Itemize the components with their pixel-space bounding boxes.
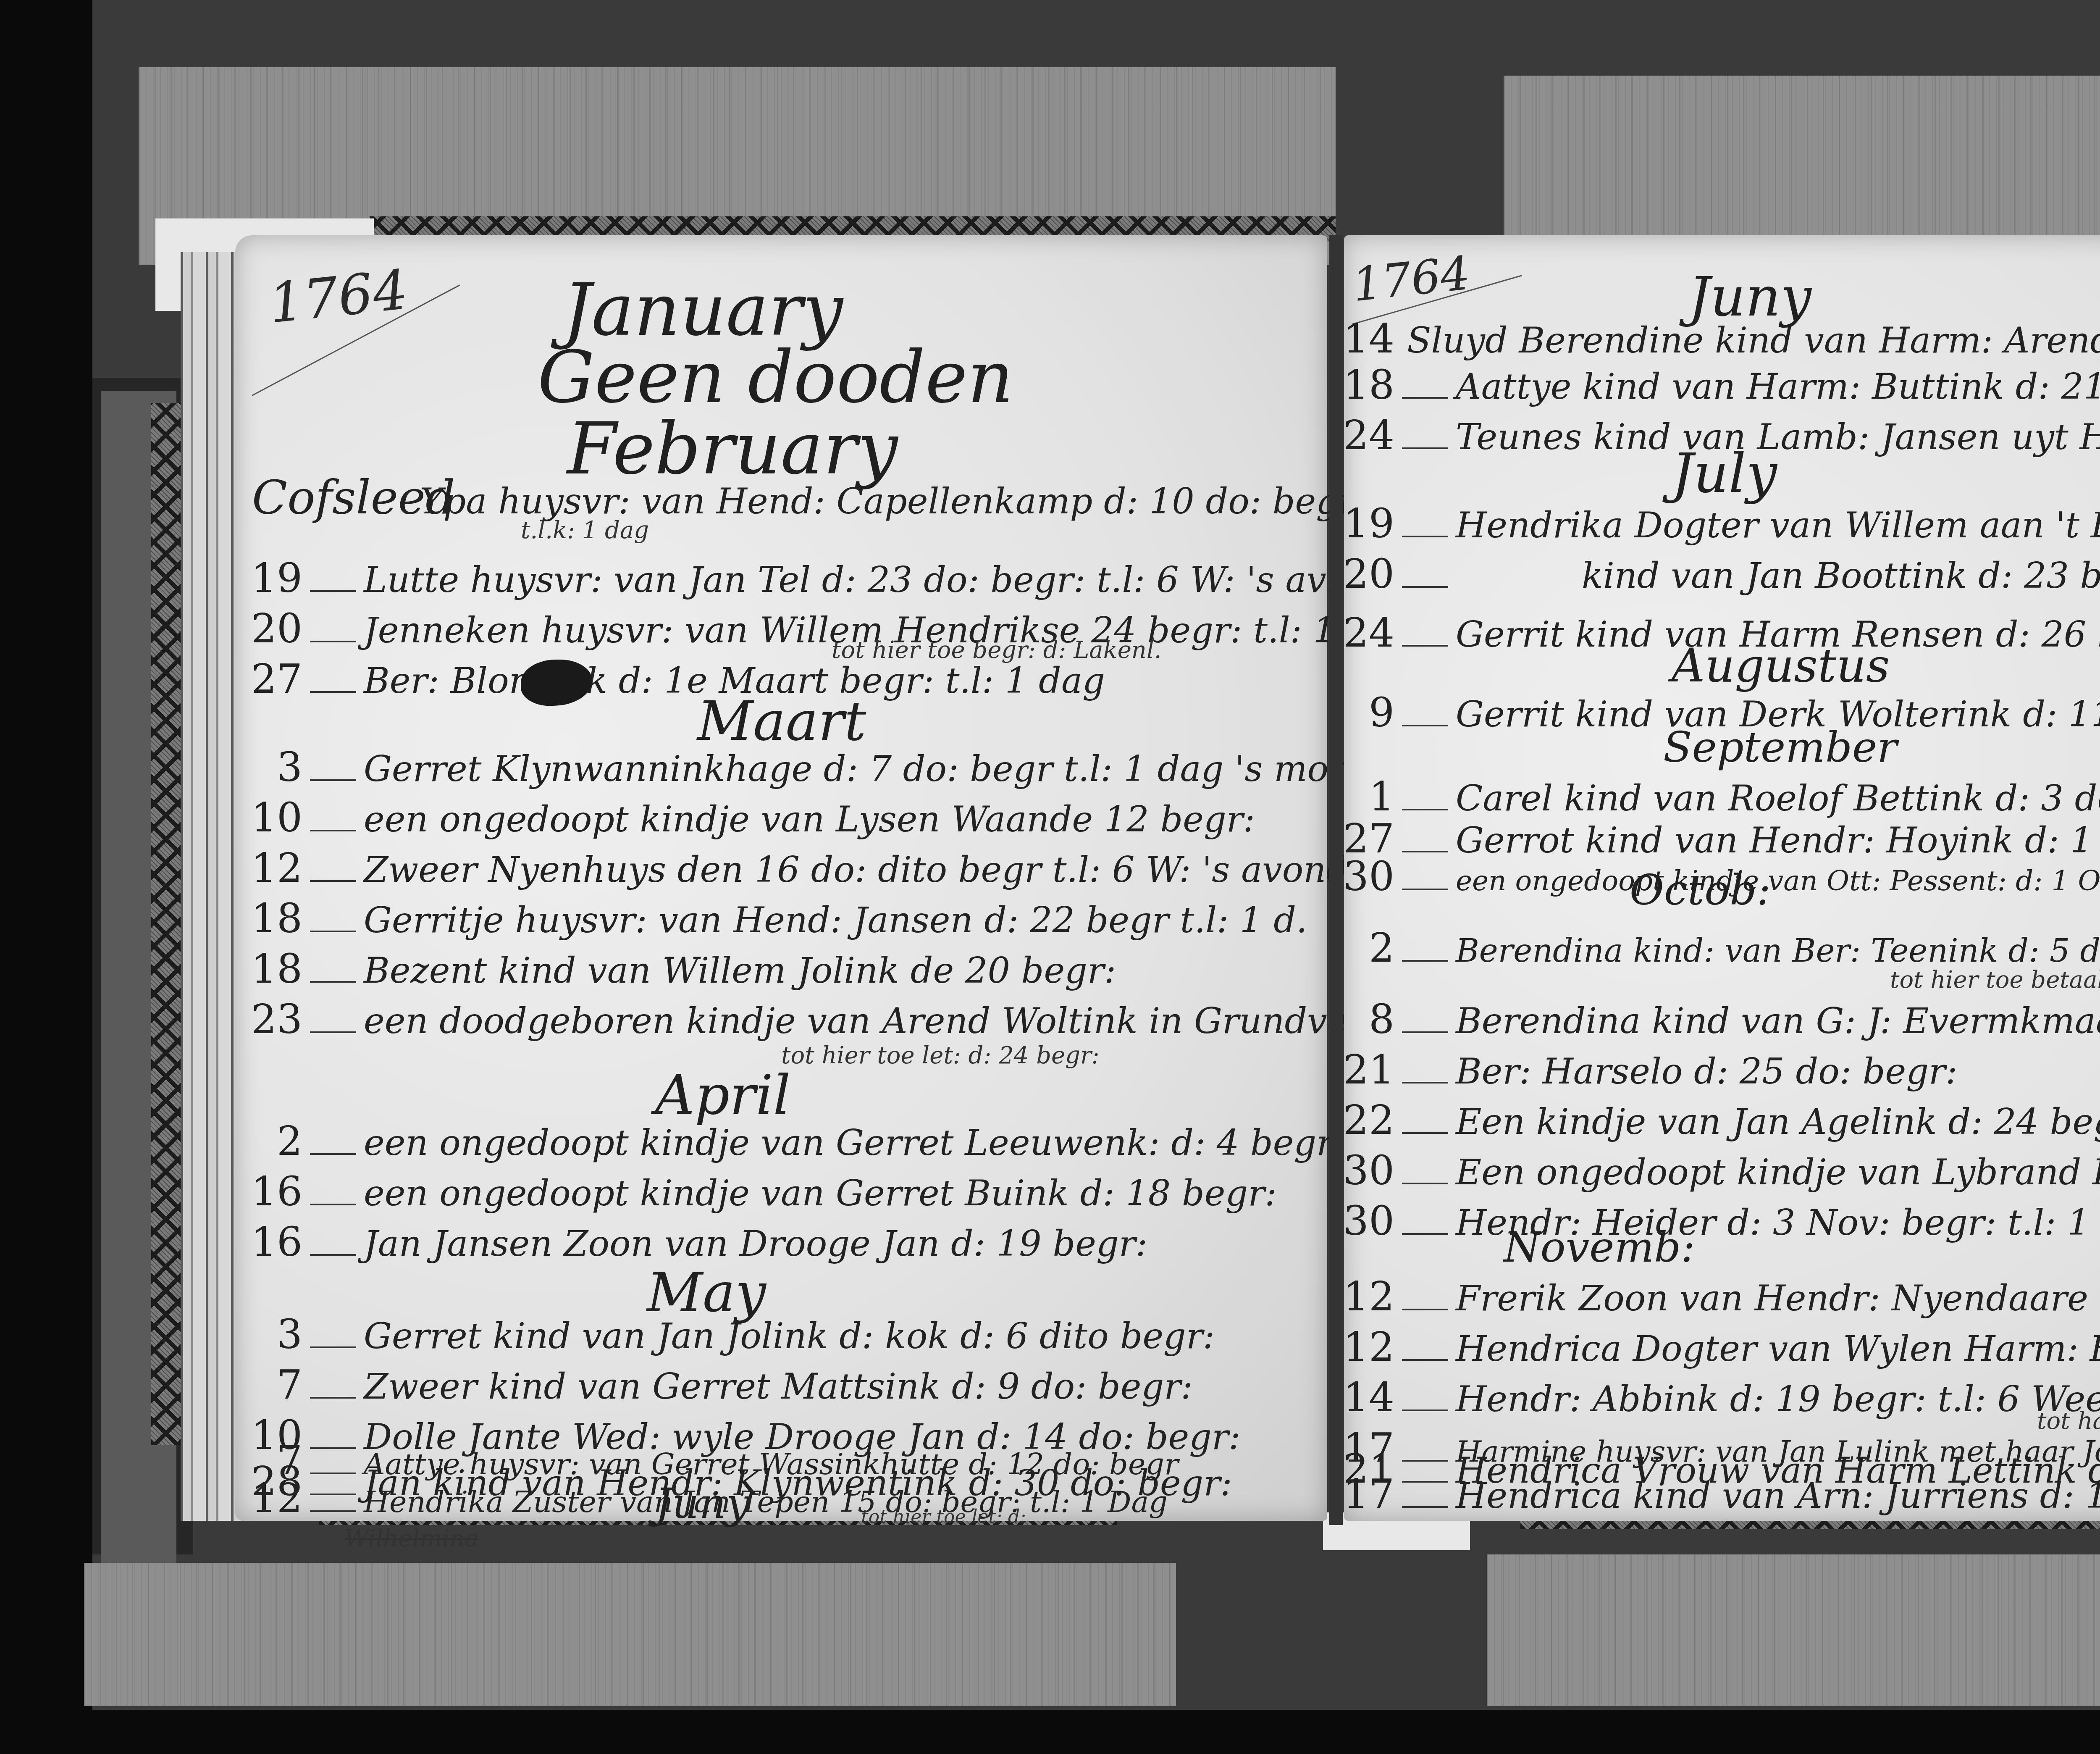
entry-note: tot hier toe let: d: 24 begr: [781,1042,1100,1069]
register-entry: 14 Hendr: Abbink d: 19 begr: t.l: 6 Week [1327,1374,2100,1421]
entry-text: Een ongedoopt kindje van Lybrand Haerts … [1456,1152,2100,1193]
entry-dash [1402,889,1448,890]
register-entry: Cofsleed Ypa huysvr: van Hend: Capellenk… [252,471,1516,524]
entry-day: 1 [1327,773,1394,820]
entry-day: 30 [1327,1197,1394,1244]
entry-dash [310,880,356,882]
year-mark: 1764 [1350,246,1473,312]
left-page: 1764 January Geen dooden February Cofsle… [235,235,1327,1521]
register-entry: 1 Carel kind van Roelof Bettink d: 3 do:… [1327,773,2100,820]
entry-dash [310,1510,356,1512]
entry-day: 12 [1327,1273,1394,1320]
entry-note: t.l.k: 1 dag [521,517,649,544]
plaid-binding-left [151,403,181,1445]
entry-dash [310,1204,356,1205]
entry-text: Lutte huysvr: van Jan Tel d: 23 do: begr… [364,559,1338,600]
entry-day: 3 [235,744,302,791]
entry-day: 24 [1327,412,1394,459]
entry-day: 16 [235,1168,302,1215]
entry-dash [310,641,356,642]
entry-dash [310,1397,356,1399]
entry-dash [1402,645,1448,647]
entry-text: Bezent kind van Willem Jolink de 20 begr… [364,950,1116,991]
entry-text: Een kindje van Jan Agelink d: 24 begr: [1456,1101,2100,1142]
entry-dash [1402,851,1448,852]
register-entry: 22 Een kindje van Jan Agelink d: 24 begr… [1327,1097,2100,1144]
entry-dash [1402,1183,1448,1184]
entry-text: Zweer Nyenhuys den 16 do: dito begr t.l:… [364,849,1367,890]
entry-text: Hendrika Zuster van Jan Tepen 15 do: beg… [364,1485,1168,1519]
entry-day: 14 [1327,1374,1394,1421]
entry-day: 16 [235,1218,302,1265]
entry-text: Aattye kind van Harm: Buttink d: 21 do: … [1456,366,2100,407]
entry-day: 12 [235,844,302,891]
entry-text: Berendina kind: van Ber: Teenink d: 5 do… [1456,932,2100,969]
register-entry: 12 Zweer Nyenhuys den 16 do: dito begr t… [235,844,1367,891]
entry-dash [1402,1481,1448,1483]
register-entry: 19 Hendrika Dogter van Willem aan 't Eve… [1327,500,2100,547]
entry-text: een ongedoopt kindje van Lysen Waande 12… [364,799,1255,840]
entry-day: 8 [1327,996,1394,1043]
entry-day: 18 [235,895,302,942]
entry-day: 12 [1327,1323,1394,1370]
register-entry: 20 kind van Jan Boottink d: 23 begr: [1327,550,2100,597]
entry-dash [1402,809,1448,810]
entry-dash [310,691,356,693]
entry-text: Gerritje huysvr: van Hend: Jansen d: 22 … [364,899,1307,941]
entry-day: 20 [1327,550,1394,597]
entry-day: 19 [1327,500,1394,547]
entry-text: Gerret Klynwanninkhage d: 7 do: begr t.l… [364,748,1379,789]
register-entry: 7 Zweer kind van Gerret Mattsink d: 9 do… [235,1361,1193,1408]
entry-text: Frerik Zoon van Hendr: Nyendaare de 16 d… [1456,1278,2100,1319]
entry-day: 18 [1327,361,1394,408]
entry-text: Jan Jansen Zoon van Drooge Jan d: 19 beg… [364,1223,1147,1264]
entry-note: tot hier toe let: d: [861,1506,1026,1528]
entry-day: 22 [1327,1097,1394,1144]
heading-no-deaths: Geen dooden [538,336,1013,419]
entry-text: Hendrika Dogter van Willem aan 't Everin… [1456,505,2100,546]
entry-day: 2 [235,1118,302,1165]
entry-text: Berendina kind van G: J: Evermkmaat d: 9… [1456,1000,2100,1041]
entry-note: tot hier toe betaald let: [1890,966,2100,994]
right-page: 1764 26 Juny 14 Sluyd Berendine kind van… [1344,235,2100,1521]
entry-dash [1402,960,1448,962]
entry-dash [310,981,356,983]
year-mark: 1764 [266,258,411,336]
entry-text: Hendrica Dogter van Wylen Harm: Betselde… [1456,1328,2100,1369]
struck-name: Wilhelmina [344,1525,479,1552]
heading-july: July [1672,441,1777,505]
register-entry: 16 een ongedoopt kindje van Gerret Buink… [235,1168,1277,1215]
entry-text: een ongedoopt kindje van Gerret Leeuwenk… [364,1122,1345,1163]
entry-day: 24 [1327,609,1394,656]
entry-dash [1402,1410,1448,1411]
entry-day: 27 [235,655,302,702]
entry-day: 7 [235,1361,302,1408]
entry-dash [310,590,356,592]
register-entry: 20 Jenneken huysvr: van Willem Hendrikse… [235,605,1381,652]
register-entry: 21 Hendrica Vrouw van Harm Lettink den 2… [1327,1445,2100,1492]
entry-dash [1402,1233,1448,1235]
entry-text: Teunes kind van Lamb: Jansen uyt Hummel … [1456,416,2100,458]
entry-dash [1402,725,1448,726]
entry-day: 18 [235,945,302,992]
entry-day: 23 [235,996,302,1043]
wood-board-top-right [1504,76,2100,252]
register-entry: 27 Ber: Blomenk d: 1e Maart begr: t.l: 1… [235,655,1105,702]
entry-dash [310,830,356,831]
entry-dash [1402,586,1448,588]
entry-dash [1402,1359,1448,1361]
entry-dash [310,779,356,781]
register-entry: 12 Hendrika Zuster van Jan Tepen 15 do: … [235,1475,1168,1522]
entry-dash [1402,1132,1448,1134]
entry-day: 9 [1327,689,1394,736]
entry-dash [1402,1506,1448,1508]
entry-day: 10 [235,794,302,841]
heading-october: Octob: [1630,865,1771,915]
register-entry: 14 Sluyd Berendine kind van Harm: Arends… [1327,315,2100,362]
entry-dash [310,931,356,932]
register-entry: 12 Hendrica Dogter van Wylen Harm: Betse… [1327,1323,2100,1370]
entry-dash [310,1473,356,1474]
wood-board-bottom-right [1487,1554,2100,1706]
register-entry: 19 Lutte huysvr: van Jan Tel d: 23 do: b… [235,555,1338,602]
entry-day: 30 [1327,853,1394,900]
register-entry: 2 een ongedoopt kindje van Gerret Leeuwe… [235,1118,1345,1165]
entry-text: Hendrica Vrouw van Harm Lettink den 26 d… [1456,1450,2100,1491]
register-entry: 23 een doodgeboren kindje van Arend Wolt… [235,996,1382,1043]
register-entry: 30 Hendr: Heider d: 3 Nov: begr: t.l: 1 … [1327,1197,2100,1244]
register-entry: 18 Bezent kind van Willem Jolink de 20 b… [235,945,1116,992]
entry-text: Zweer kind van Gerret Mattsink d: 9 do: … [364,1366,1193,1407]
entry-dash [1402,447,1448,449]
entry-dash [310,1346,356,1348]
entry-day: 30 [1327,1147,1394,1194]
register-entry: 3 Gerret kind van Jan Jolink d: kok d: 6… [235,1311,1215,1358]
entry-text: Carel kind van Roelof Bettink d: 3 do: b… [1456,778,2100,819]
entry-dash [1402,1309,1448,1310]
register-entry: 30 Een ongedoopt kindje van Lybrand Haer… [1327,1147,2100,1194]
entry-text: Hendr: Abbink d: 19 begr: t.l: 6 Week [1456,1378,2100,1420]
register-entry: 12 Frerik Zoon van Hendr: Nyendaare de 1… [1327,1273,2100,1320]
entry-text: kind van Jan Boottink d: 23 begr: [1582,555,2100,596]
entry-day: 21 [1327,1046,1394,1093]
entry-day: 3 [235,1311,302,1358]
entry-day: 19 [235,555,302,602]
entry-day: 12 [235,1475,302,1522]
register-entry: 18 Gerritje huysvr: van Hend: Jansen d: … [235,895,1307,942]
entry-text: een ongedoopt kindje van Gerret Buink d:… [364,1173,1277,1214]
entry-day: 14 [1327,315,1394,362]
entry-dash [310,1031,356,1033]
register-entry: 10 een ongedoopt kindje van Lysen Waande… [235,794,1255,841]
entry-dash [1402,1031,1448,1033]
entry-dash [310,1254,356,1256]
wood-board-bottom-left [84,1563,1176,1706]
heading-november: Novemb: [1504,1223,1695,1272]
entry-dash [1402,1082,1448,1083]
register-entry: 2 Berendina kind: van Ber: Teenink d: 5 … [1327,924,2100,971]
entry-text: een doodgeboren kindje van Arend Woltink… [364,1000,1382,1041]
entry-day: 21 [1327,1445,1394,1492]
entry-day: Cofsleed [252,471,403,524]
entry-text: Gerret kind van Jan Jolink d: kok d: 6 d… [364,1315,1215,1357]
entry-text: Sluyd Berendine kind van Harm: Arendsen … [1407,320,2100,361]
register-entry: 3 Gerret Klynwanninkhage d: 7 do: begr t… [235,744,1379,791]
register-entry: 8 Berendina kind van G: J: Evermkmaat d:… [1327,996,2100,1043]
entry-dash [1402,397,1448,399]
entry-text: een ongedoopt kindje van Ott: Pessent: d… [1456,865,2100,897]
heading-august: Augustus [1672,639,1890,692]
heading-september: September [1663,723,1897,772]
entry-dash [1402,536,1448,537]
register-entry: 21 Ber: Harselo d: 25 do: begr: [1327,1046,1957,1093]
entry-dash [310,1153,356,1155]
register-entry: 18 Aattye kind van Harm: Buttink d: 21 d… [1327,361,2100,408]
entry-day: 20 [235,605,302,652]
entry-text: Ber: Harselo d: 25 do: begr: [1456,1051,1957,1092]
entry-day: 2 [1327,924,1394,971]
register-entry: 16 Jan Jansen Zoon van Drooge Jan d: 19 … [235,1218,1147,1265]
